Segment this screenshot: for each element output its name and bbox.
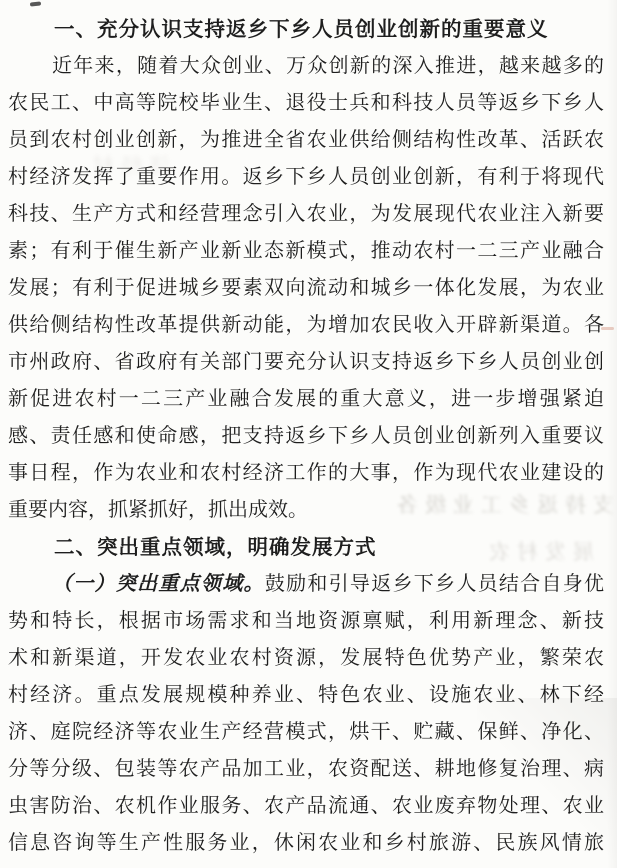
section-2-heading: 二、突出重点领域，明确发展方式 (8, 529, 604, 566)
paragraph-line: 村经济。重点发展规模种养业、特色农业、设施农业、林下经 (8, 677, 604, 714)
paragraph-line: 信息咨询等生产性服务业，休闲农业和乡村旅游、民族风情旅 (8, 825, 604, 862)
paragraph-line: 感、责任感和使命感，把支持返乡下乡人员创业创新列入重要议 (8, 418, 604, 455)
paragraph-line: 新促进农村一二三产业融合发展的重大意义，进一步增强紧迫 (8, 381, 604, 418)
section-1-heading: 一、充分认识支持返乡下乡人员创业创新的重要意义 (8, 11, 604, 48)
paragraph-line: 素；有利于催生新产业新业态新模式，推动农村一二三产业融合 (8, 233, 604, 270)
paragraph-line: （一）突出重点领域。鼓励和引导返乡下乡人员结合自身优 (8, 566, 604, 603)
document-page: 一、充分认识支持返乡下乡人员创业创新的重要意义 近年来，随着大众创业、万众创新的… (0, 0, 617, 868)
paragraph-line-text: 鼓励和引导返乡下乡人员结合自身优 (265, 573, 604, 595)
paragraph-line: 农民工、中高等院校毕业生、退役士兵和科技人员等返乡下乡人 (8, 85, 604, 122)
paragraph-line: 术和新渠道，开发农业农村资源，发展特色优势产业，繁荣农 (8, 640, 604, 677)
paragraph-line: 科技、生产方式和经营理念引入农业，为发展现代农业注入新要 (8, 196, 604, 233)
paragraph-line: 事日程，作为农业和农村经济工作的大事，作为现代农业建设的 (8, 455, 604, 492)
paragraph-line: 市州政府、省政府有关部门要充分认识支持返乡下乡人员创业创 (8, 344, 604, 381)
paragraph-line: 虫害防治、农机作业服务、农产品流通、农业废弃物处理、农业 (8, 788, 604, 825)
paragraph-line: 势和特长，根据市场需求和当地资源禀赋，利用新理念、新技 (8, 603, 604, 640)
paragraph-line: 村经济发挥了重要作用。返乡下乡人员创业创新，有利于将现代 (8, 159, 604, 196)
paragraph-line: 发展；有利于促进城乡要素双向流动和城乡一体化发展，为农业 (8, 270, 604, 307)
paragraph-line: 分等分级、包装等农产品加工业，农资配送、耕地修复治理、病 (8, 751, 604, 788)
paragraph-line: 员到农村创业创新，为推进全省农业供给侧结构性改革、活跃农 (8, 122, 604, 159)
paragraph-line: 供给侧结构性改革提供新动能，为增加农民收入开辟新渠道。各 (8, 307, 604, 344)
paragraph-line: 重要内容，抓紧抓好，抓出成效。 (8, 492, 604, 529)
paragraph-line: 近年来，随着大众创业、万众创新的深入推进，越来越多的 (8, 48, 604, 85)
paragraph-line: 济、庭院经济等农业生产经营模式，烘干、贮藏、保鲜、净化、 (8, 714, 604, 751)
scan-edge-mark (601, 327, 614, 330)
subsection-lead-label: （一）突出重点领域。 (52, 573, 265, 595)
scanned-document: { "page": { "background": "#fcfcfa", "te… (0, 0, 617, 868)
